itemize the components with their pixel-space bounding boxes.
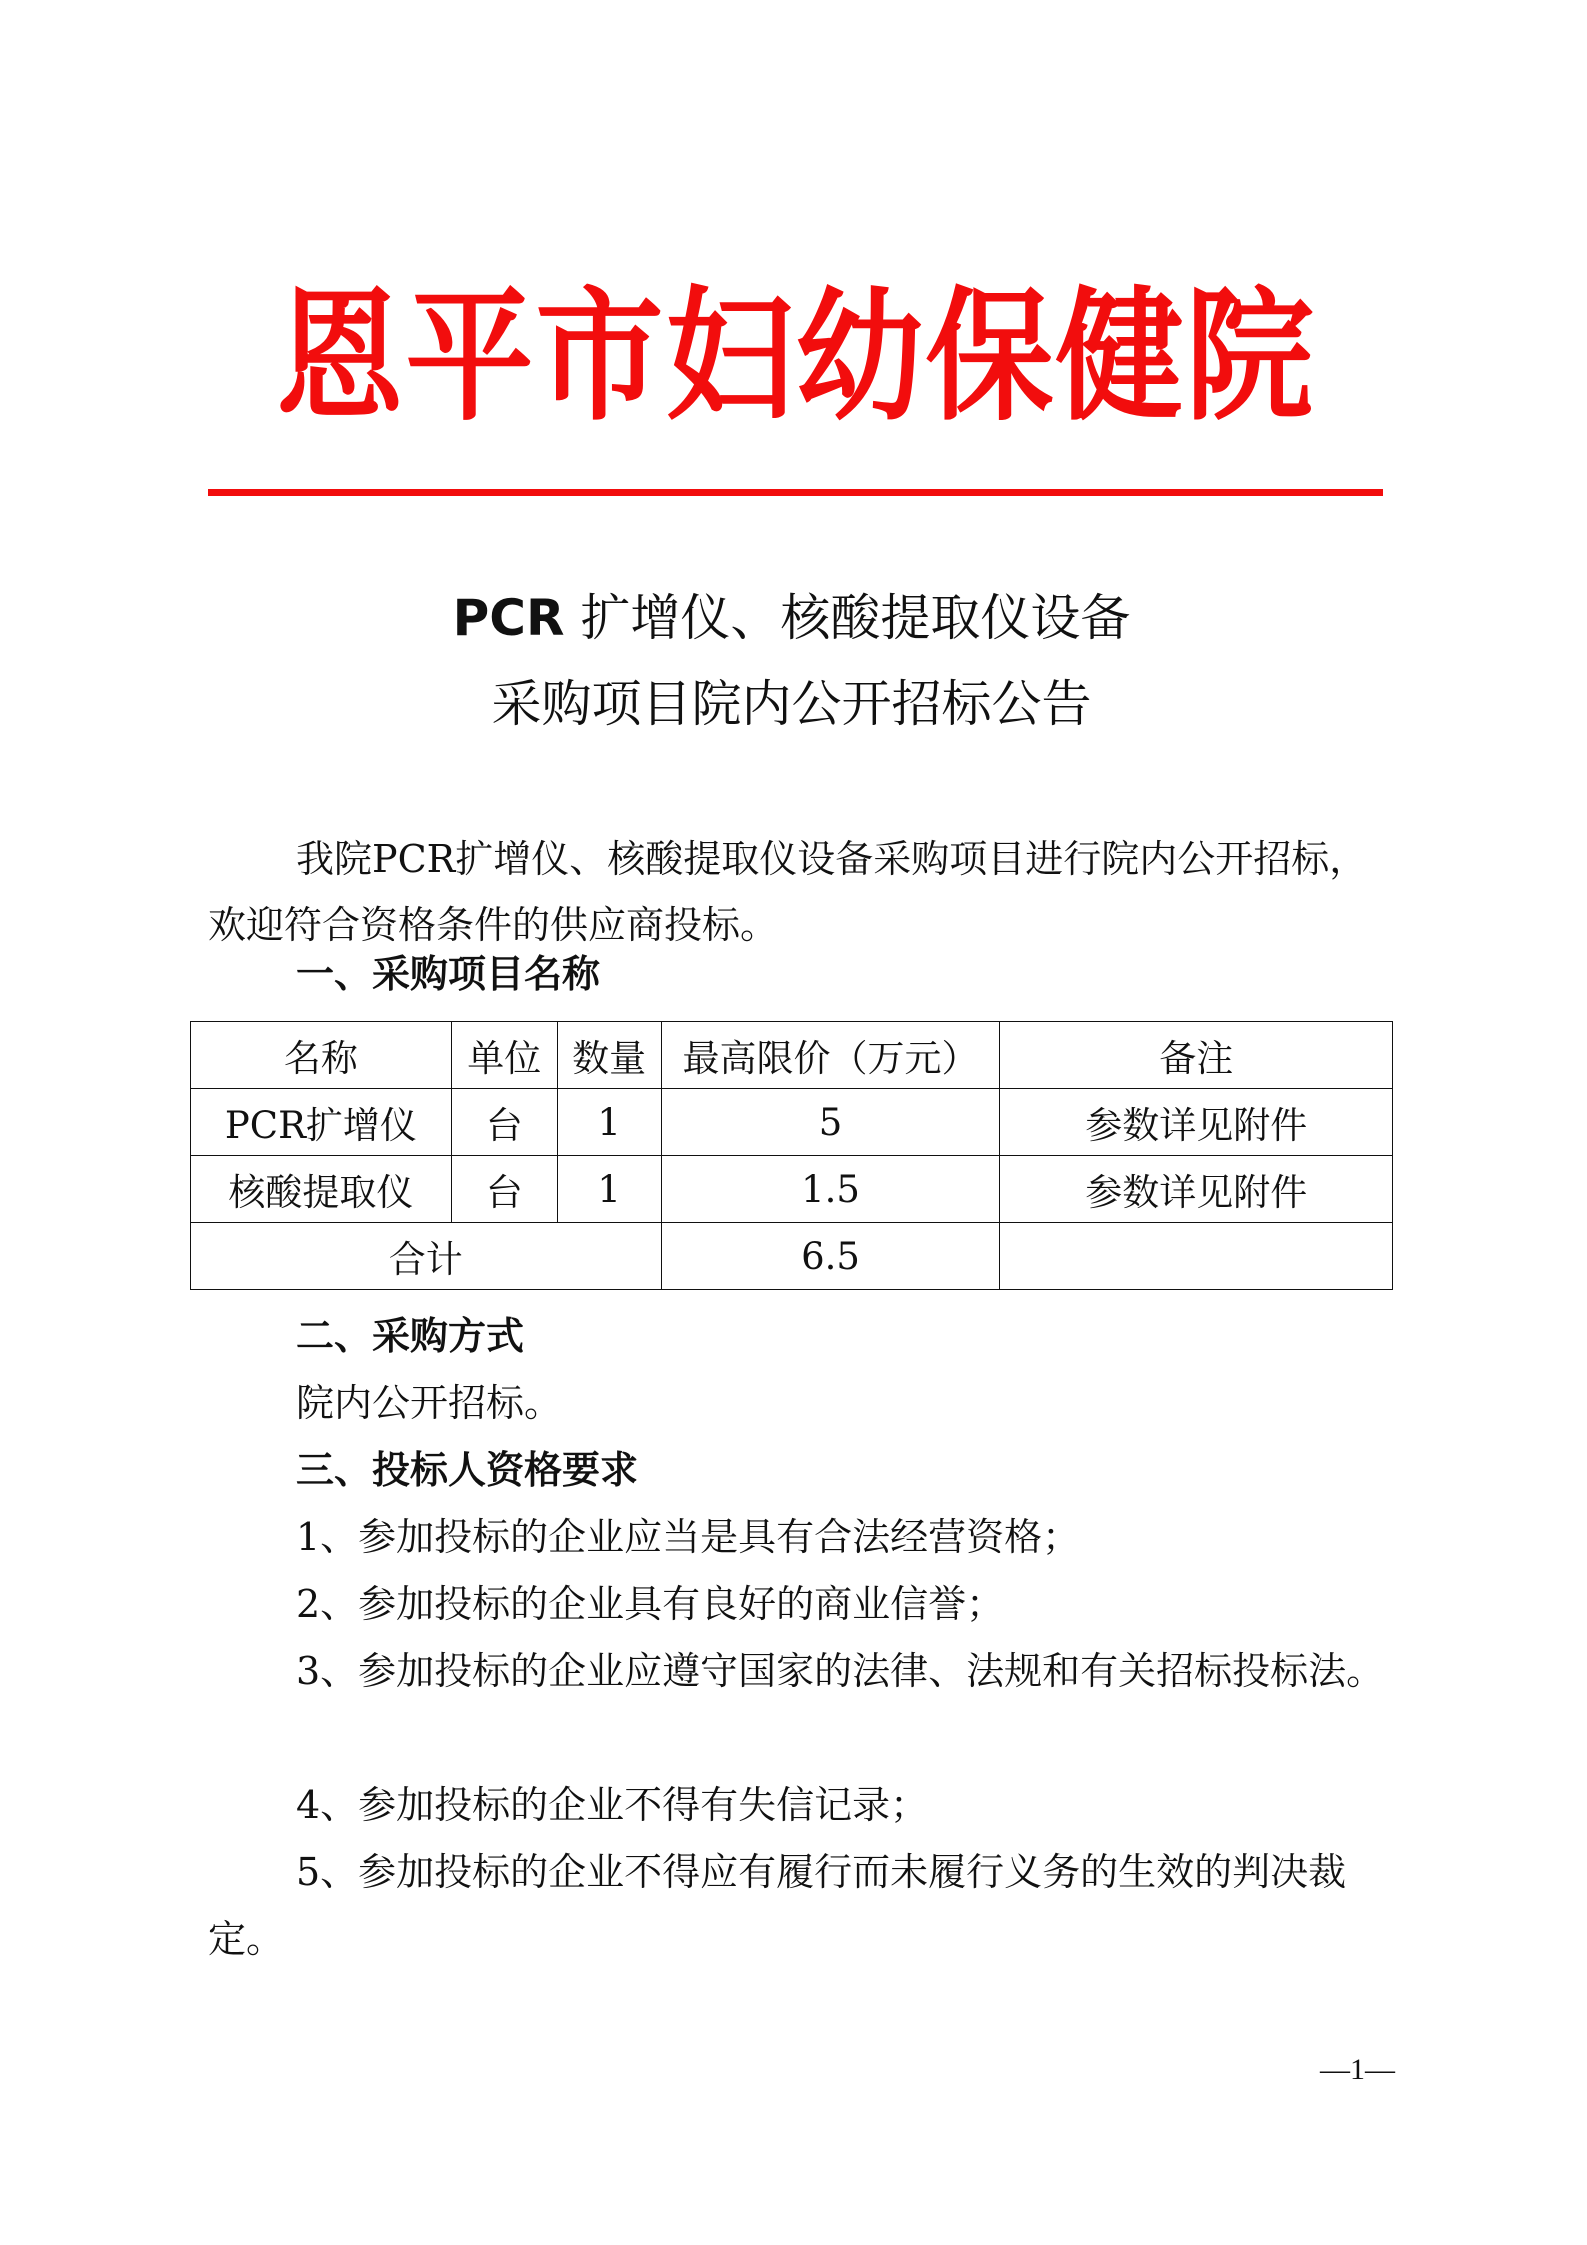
table-row: PCR扩增仪 台 1 5 参数详见附件: [191, 1089, 1393, 1156]
cell-unit: 台: [451, 1089, 557, 1156]
header-quantity: 数量: [557, 1022, 661, 1089]
cell-remarks: 参数详见附件: [1000, 1089, 1393, 1156]
procurement-method-text: 院内公开招标。: [296, 1378, 1488, 1428]
requirement-item-1: 1、参加投标的企业应当是具有合法经营资格；: [208, 1504, 1400, 1570]
procurement-items-table: 名称 单位 数量 最高限价（万元） 备注 PCR扩增仪 台 1 5 参数详见附件…: [190, 1021, 1393, 1290]
cell-max-price: 1.5: [661, 1156, 1000, 1223]
header-name: 名称: [191, 1022, 452, 1089]
org-letterhead-title: 恩平市妇幼保健院: [208, 273, 1383, 441]
document-title-line-2: 采购项目院内公开招标公告: [190, 674, 1393, 734]
requirement-item-5: 5、参加投标的企业不得应有履行而未履行义务的生效的判决裁定。: [208, 1839, 1400, 1973]
table-row: 核酸提取仪 台 1 1.5 参数详见附件: [191, 1156, 1393, 1223]
cell-remarks: 参数详见附件: [1000, 1156, 1393, 1223]
requirement-item-4: 4、参加投标的企业不得有失信记录；: [208, 1772, 1400, 1838]
document-title-line-1: PCR 扩增仪、核酸提取仪设备: [190, 588, 1393, 648]
section-heading-3: 三、投标人资格要求: [296, 1445, 638, 1495]
header-max-price: 最高限价（万元）: [661, 1022, 1000, 1089]
title-line1-rest: 扩增仪、核酸提取仪设备: [564, 589, 1130, 647]
intro-paragraph: 我院PCR扩增仪、核酸提取仪设备采购项目进行院内公开招标，欢迎符合资格条件的供应…: [208, 826, 1400, 958]
total-label: 合计: [191, 1223, 662, 1290]
header-remarks: 备注: [1000, 1022, 1393, 1089]
section-heading-1: 一、采购项目名称: [296, 949, 600, 999]
table-total-row: 合计 6.5: [191, 1223, 1393, 1290]
title-pcr: PCR: [453, 589, 565, 647]
letterhead-red-rule: [208, 489, 1383, 496]
cell-quantity: 1: [557, 1089, 661, 1156]
cell-name: 核酸提取仪: [191, 1156, 452, 1223]
total-value: 6.5: [661, 1223, 1000, 1290]
cell-quantity: 1: [557, 1156, 661, 1223]
page-number: —1—: [1320, 2052, 1395, 2088]
cell-name: PCR扩增仪: [191, 1089, 452, 1156]
cell-max-price: 5: [661, 1089, 1000, 1156]
table-header-row: 名称 单位 数量 最高限价（万元） 备注: [191, 1022, 1393, 1089]
cell-unit: 台: [451, 1156, 557, 1223]
requirement-item-3: 3、参加投标的企业应遵守国家的法律、法规和有关招标投标法。: [208, 1638, 1400, 1705]
requirement-item-2: 2、参加投标的企业具有良好的商业信誉；: [208, 1571, 1400, 1637]
total-note: [1000, 1223, 1393, 1290]
header-unit: 单位: [451, 1022, 557, 1089]
section-heading-2: 二、采购方式: [296, 1311, 524, 1361]
